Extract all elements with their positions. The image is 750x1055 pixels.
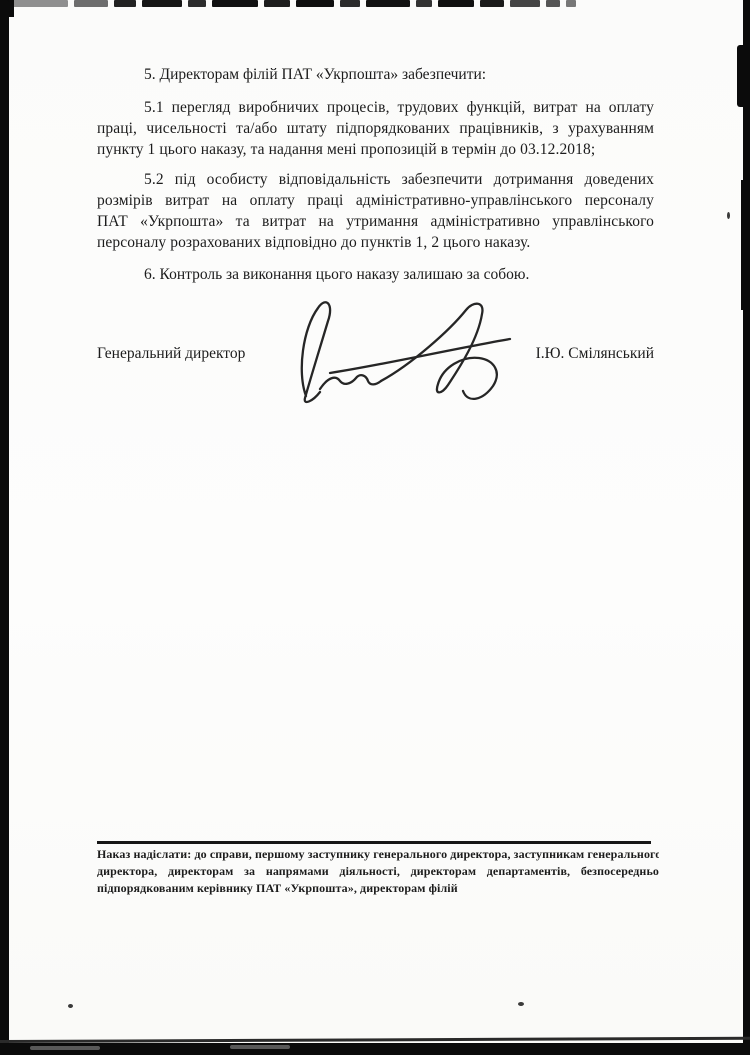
- scan-speck: [68, 1004, 73, 1008]
- paragraph-5-2: 5.2 під особисту відповідальність забезп…: [97, 169, 654, 253]
- paragraph-line: ПАТ «Укрпошта» та витрат на утримання ад…: [97, 211, 654, 232]
- footer-line: підпорядкованим керівнику ПАТ «Укрпошта»…: [97, 880, 659, 897]
- paragraph-line: розмірів витрат на оплату праці адмініст…: [97, 190, 654, 211]
- scan-speck: [518, 1002, 524, 1006]
- signature-scribble: [272, 298, 530, 410]
- section-6-text: 6. Контроль за виконання цього наказу за…: [97, 264, 654, 285]
- footer-line: директора, директорам за напрямами діяль…: [97, 863, 659, 880]
- cutoff-text-artifact: [10, 0, 635, 9]
- section-6: 6. Контроль за виконання цього наказу за…: [97, 264, 654, 285]
- scanned-document-page: 5. Директорам філій ПАТ «Укрпошта» забез…: [0, 0, 750, 1055]
- footer-separator: [97, 841, 651, 844]
- scan-left-border: [0, 0, 9, 1055]
- scan-bottom-border: [0, 1043, 750, 1055]
- section-5: 5. Директорам філій ПАТ «Укрпошта» забез…: [97, 64, 654, 85]
- scan-smudge: [30, 1046, 100, 1050]
- paragraph-line: персоналу розрахованих відповідно до пун…: [97, 232, 654, 253]
- scan-right-blob: [737, 45, 750, 107]
- paragraph-line: 5.2 під особисту відповідальність забезп…: [97, 169, 654, 190]
- scan-speck: [727, 212, 730, 219]
- distribution-note: Наказ надіслати: до справи, першому заст…: [97, 846, 659, 897]
- signer-title: Генеральний директор: [97, 345, 245, 363]
- footer-line: Наказ надіслати: до справи, першому заст…: [97, 846, 659, 863]
- scan-right-blob: [741, 180, 750, 310]
- paragraph-line: 5.1 перегляд виробничих процесів, трудов…: [97, 97, 654, 118]
- scan-right-border: [743, 0, 750, 1055]
- paragraph-line: пункту 1 цього наказу, та надання мені п…: [97, 139, 654, 160]
- paragraph-line: праці, чисельності та/або штату підпоряд…: [97, 118, 654, 139]
- section-5-heading: 5. Директорам філій ПАТ «Укрпошта» забез…: [97, 64, 654, 85]
- paragraph-5-1: 5.1 перегляд виробничих процесів, трудов…: [97, 97, 654, 160]
- scan-smudge: [230, 1045, 290, 1049]
- signer-name: І.Ю. Смілянський: [536, 345, 654, 363]
